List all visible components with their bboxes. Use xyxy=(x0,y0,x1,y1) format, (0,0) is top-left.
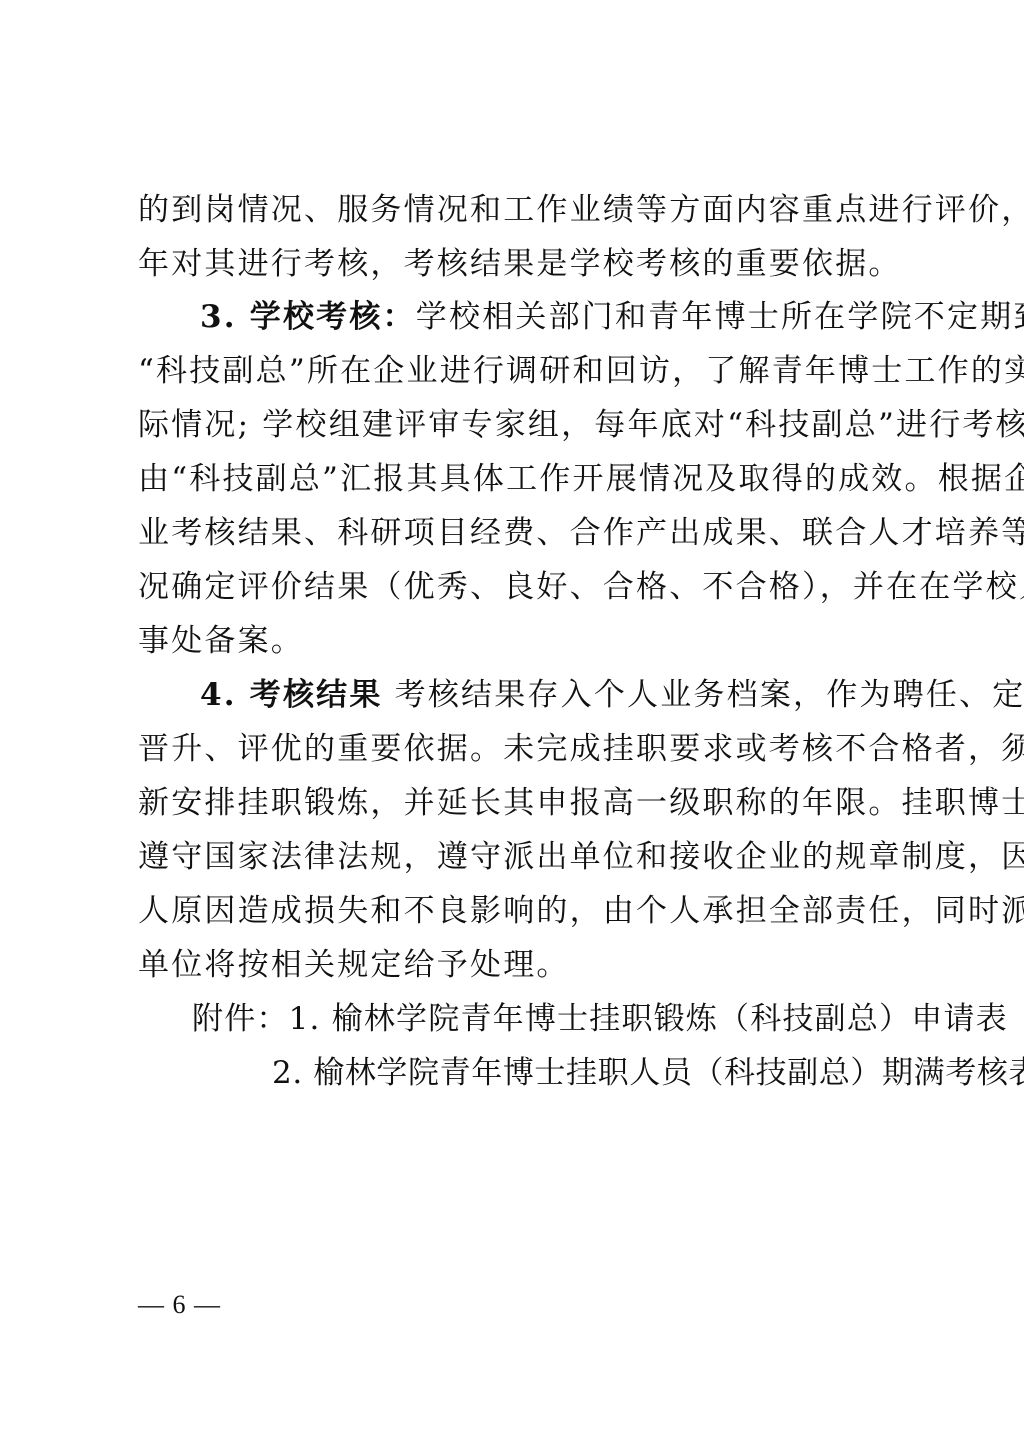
section-4-text: 考核结果存入个人业务档案，作为聘任、定级、 xyxy=(395,677,1024,713)
section-4-first-line: 4. 考核结果 考核结果存入个人业务档案，作为聘任、定级、 xyxy=(200,675,898,715)
body-text-line: 晋升、评优的重要依据。未完成挂职要求或考核不合格者，须重 xyxy=(138,729,898,769)
document-page: 的到岗情况、服务情况和工作业绩等方面内容重点进行评价，每 年对其进行考核，考核结… xyxy=(0,0,1024,1448)
body-text-line: 事处备案。 xyxy=(138,621,898,661)
section-3-text: 学校相关部门和青年博士所在学院不定期到 xyxy=(416,299,1024,335)
page-number: — 6 — xyxy=(138,1290,221,1320)
body-text-line: 遵守国家法律法规，遵守派出单位和接收企业的规章制度，因个 xyxy=(138,837,898,877)
body-text-line: 人原因造成损失和不良影响的，由个人承担全部责任，同时派出 xyxy=(138,891,898,931)
attachments-label: 附件： xyxy=(192,1001,289,1037)
body-text-line: 年对其进行考核，考核结果是学校考核的重要依据。 xyxy=(138,244,898,284)
body-text-line: 新安排挂职锻炼，并延长其申报高一级职称的年限。挂职博士应 xyxy=(138,783,898,823)
attachment-line-1: 附件：1. 榆林学院青年博士挂职锻炼（科技副总）申请表 xyxy=(192,999,892,1039)
body-text-line: 的到岗情况、服务情况和工作业绩等方面内容重点进行评价，每 xyxy=(138,190,898,230)
body-text-line: 况确定评价结果（优秀、良好、合格、不合格），并在在学校人 xyxy=(138,567,898,607)
body-text-line: 业考核结果、科研项目经费、合作产出成果、联合人才培养等情 xyxy=(138,513,898,553)
body-text-line: 际情况; 学校组建评审专家组，每年底对“科技副总”进行考核， xyxy=(138,405,898,445)
body-text-line: 由“科技副总”汇报其具体工作开展情况及取得的成效。根据企 xyxy=(138,459,898,499)
section-3-first-line: 3. 学校考核：学校相关部门和青年博士所在学院不定期到 xyxy=(200,297,898,337)
attachment-item: 1. 榆林学院青年博士挂职锻炼（科技副总）申请表 xyxy=(289,1001,1008,1037)
body-text-line: 单位将按相关规定给予处理。 xyxy=(138,945,898,985)
section-4-heading: 4. 考核结果 xyxy=(200,677,383,713)
body-text-line: “科技副总”所在企业进行调研和回访，了解青年博士工作的实 xyxy=(138,351,898,391)
section-3-heading: 3. 学校考核： xyxy=(200,299,416,335)
attachment-line-2: 2. 榆林学院青年博士挂职人员（科技副总）期满考核表 xyxy=(272,1053,902,1093)
